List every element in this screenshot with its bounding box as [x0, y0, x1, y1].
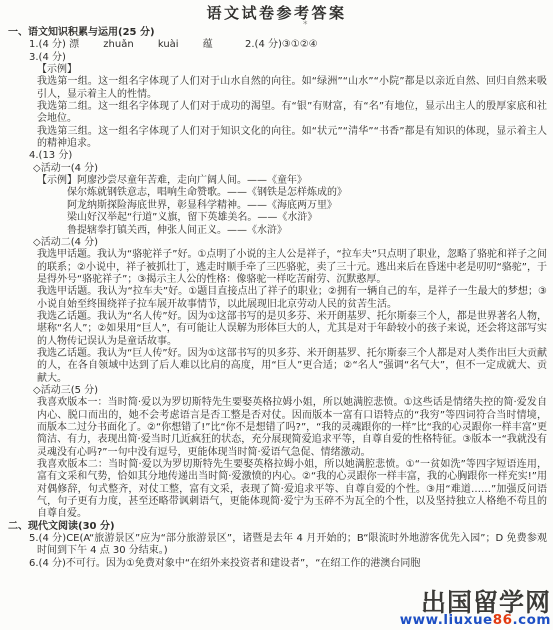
answer-paragraph: 我选甲话题。我认为“骆驼祥子”好。①点明了小说的主人公是祥子，“拉车夫”只点明了… — [37, 249, 547, 286]
answer-paragraph: 我选乙话题。我认为“名人传”好。因为①这部书写的是贝多芬、米开朗基罗、托尔斯泰三… — [37, 311, 547, 348]
answer-paragraph: 我选甲话题。我认为“拉车夫”好。①题目直接点出了祥子的职业；②拥有一辆自己的车，… — [37, 286, 547, 311]
book-example-line: 【示例】阿廖沙尝尽童年苦难，走向广阔人间。——《童年》 — [37, 175, 547, 187]
activity-3-header: ◇活动三(5 分) — [33, 385, 553, 397]
answer-6: 6.(4 分)不可行。因为①免费对象中“在绍外来投资者和建设者”，“在绍工作的港… — [37, 558, 547, 570]
answer-1-label: 1.(4 分) — [29, 39, 66, 51]
answer-paragraph: 我选第三组。这一组名字体现了人们对于知识文化的向往。如“状元”“清华”“书香”都… — [37, 126, 547, 151]
book-example-line: 梁山好汉举起“行道”义旗，留下英雄美名。——《水浒》 — [67, 212, 553, 224]
section-2-header: 二、现代文阅读(30 分) — [8, 521, 553, 533]
answer-1-item: 蕴 — [203, 39, 213, 51]
answer-4-label: 4.(13 分) — [29, 150, 553, 162]
answer-3-label: 3.(4 分) — [29, 52, 553, 64]
answer-paragraph: 我选第二组。这一组名字体现了人们对于成功的渴望。有“银”有财富，有“名”有地位，… — [37, 101, 547, 126]
answer-1-item: zhuǎn — [103, 39, 133, 51]
answer-1-item: kuài — [158, 39, 179, 51]
print-artifact-mark: * — [303, 19, 308, 31]
section-1-header: 一、语文知识积累与运用(25 分) — [8, 27, 553, 39]
answer-paragraph: 我选第一组。这一组名字体现了人们对于山水自然的向往。如“绿洲”“山水”“小院”都… — [37, 76, 547, 101]
watermark-url-prefix: www.liuxue — [400, 612, 493, 628]
book-example-line: 阿龙纳斯探险海底世界，彰显科学精神。——《海底两万里》 — [67, 200, 553, 212]
answers-row-1-2: 1.(4 分) 漂 zhuǎn kuài 蕴 2.(4 分)③①②④ — [29, 39, 553, 51]
watermark-url-suffix: .com — [513, 612, 551, 628]
book-example-line: 保尔炼就钢铁意志，唱响生命赞歌。——《钢铁是怎样炼成的》 — [67, 187, 553, 199]
page-title: 语文试卷参考答案 — [0, 5, 553, 22]
answer-paragraph: 我喜欢版本一：当时简·爱以为罗切斯特先生要娶英格拉姆小姐，所以她满腔悲愤。①这些… — [37, 397, 547, 459]
answer-paragraph: 我选乙话题。我认为“巨人传”好。因为①这部书写的贝多芬、米开朗基罗、托尔斯泰三个… — [37, 348, 547, 385]
site-watermark: 出国留学网 www.liuxue86.com — [392, 589, 553, 627]
example-tag: 【示例】 — [37, 64, 547, 76]
activity-2-header: ◇活动二(4 分) — [33, 237, 553, 249]
answer-2: 2.(4 分)③①②④ — [245, 39, 318, 51]
watermark-site-url: www.liuxue86.com — [400, 614, 551, 627]
answer-5: 5.(4 分)CE(A“旅游景区”应为“部分旅游景区”，诸暨是去年 4 月开始的… — [37, 533, 547, 558]
activity-1-header: ◇活动一(4 分) — [33, 163, 553, 175]
answer-paragraph: 我喜欢版本二：当时简·爱以为罗切斯特先生要娶英格拉姆小姐，所以她满腔悲愤。①“一… — [37, 459, 547, 521]
exam-answer-sheet: 语文试卷参考答案 * 一、语文知识积累与运用(25 分) 1.(4 分) 漂 z… — [0, 0, 553, 630]
book-example-line: 鲁提辖拳打镇关西，伸张人间正义。——《水浒》 — [67, 225, 553, 237]
watermark-url-number: 86 — [493, 612, 513, 628]
answer-1-item: 漂 — [69, 39, 79, 51]
